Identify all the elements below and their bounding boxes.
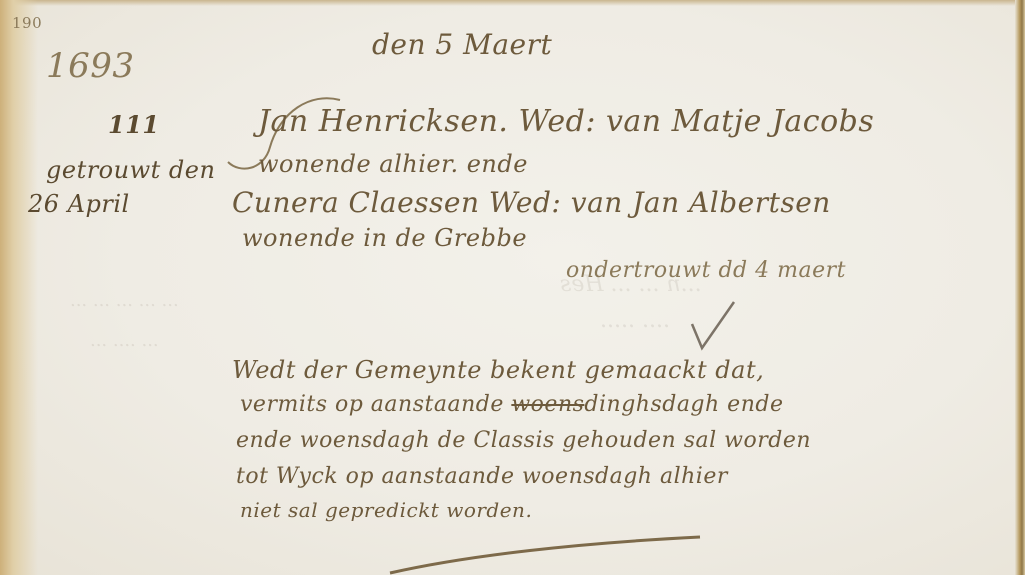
notice-line-5: niet sal gepredickt worden. bbox=[240, 498, 532, 522]
page-number: 190 bbox=[12, 14, 42, 32]
notice-line-2: vermits op aanstaande woensdinghsdagh en… bbox=[240, 392, 783, 417]
notice-line-2-end: dinghsdagh ende bbox=[584, 392, 783, 417]
page-top-edge bbox=[0, 0, 1025, 6]
notice-line-4: tot Wyck op aanstaande woensdagh alhier bbox=[236, 464, 728, 489]
notice-line-1: Wedt der Gemeynte bekent gemaackt dat, bbox=[232, 356, 764, 384]
notice-line-3: ende woensdagh de Classis gehouden sal w… bbox=[236, 428, 811, 453]
banns-date: ondertrouwt dd 4 maert bbox=[566, 258, 846, 283]
check-mark-annotation bbox=[688, 300, 738, 352]
margin-note-married: getrouwt den bbox=[46, 156, 215, 184]
bleed-through-text: ... .... ... bbox=[90, 330, 159, 351]
entry-groom-residence: wonende alhier. ende bbox=[258, 150, 528, 178]
entry-groom-line: Jan Henricksen. Wed: van Matje Jacobs bbox=[258, 104, 874, 139]
struck-word: woens bbox=[511, 392, 584, 417]
notice-line-2-start: vermits op aanstaande bbox=[240, 392, 504, 417]
date-heading: den 5 Maert bbox=[372, 28, 552, 61]
closing-flourish bbox=[380, 535, 710, 575]
page-right-binding-edge bbox=[1015, 0, 1025, 575]
page-left-edge-stain bbox=[0, 0, 38, 575]
bleed-through-text: ... ... ... ... ... bbox=[70, 290, 179, 311]
entry-bride-line: Cunera Claessen Wed: van Jan Albertsen bbox=[232, 186, 831, 219]
entry-bride-residence: wonende in de Grebbe bbox=[242, 224, 527, 252]
year-heading: 1693 bbox=[46, 46, 135, 86]
entry-number: 111 bbox=[108, 110, 160, 139]
bleed-through-text: .... ..... bbox=[600, 308, 670, 333]
margin-note-date: 26 April bbox=[28, 190, 130, 218]
manuscript-page: ...n ... ... Hes .... ..... ... ... ... … bbox=[0, 0, 1025, 575]
